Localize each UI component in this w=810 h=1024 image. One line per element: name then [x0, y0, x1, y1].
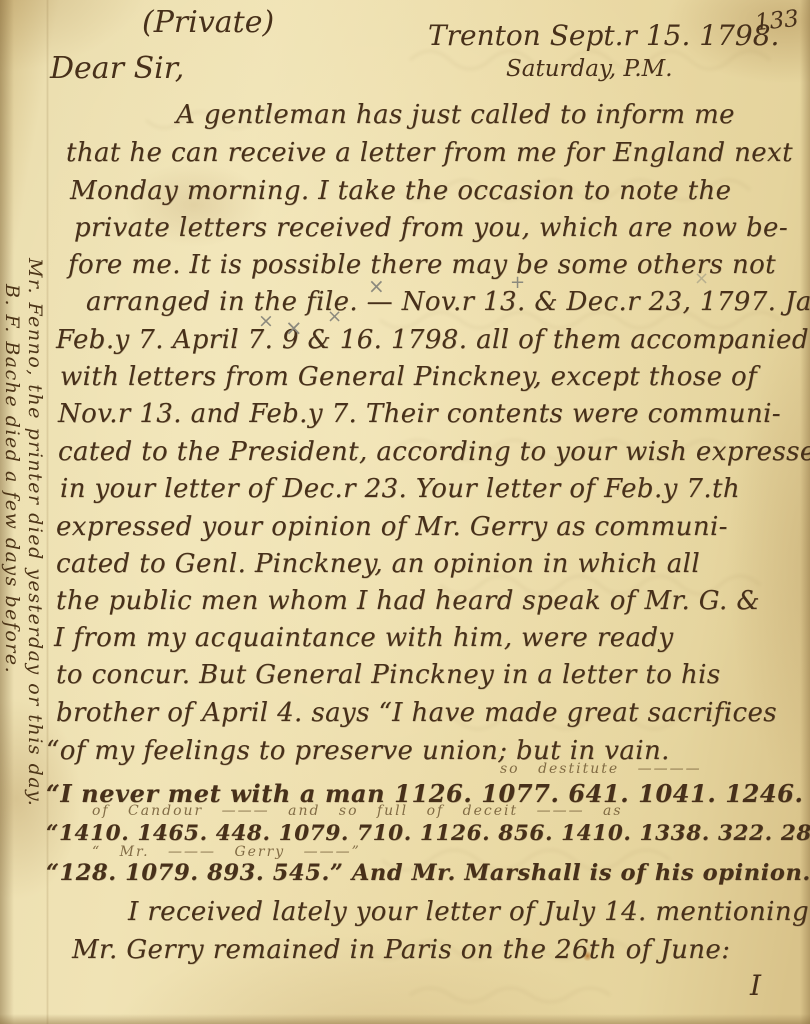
letter-line: cated to the President, according to you… — [58, 439, 810, 465]
letter-line: fore me. It is possible there may be som… — [68, 252, 776, 278]
letter-line: arranged in the file. — Nov.r 13. & Dec.… — [86, 289, 810, 315]
letter-line: Feb.y 7. April 7. 9 & 16. 1798. all of t… — [56, 327, 809, 353]
letter-line: I received lately your letter of July 14… — [128, 899, 810, 925]
pencil-x-mark: × — [327, 308, 342, 326]
pencil-x-mark: × — [258, 312, 274, 331]
pencil-x-mark: × — [285, 318, 303, 339]
private-label: (Private) — [142, 8, 274, 38]
letter-line-cipher: “128. 1079. 893. 545.” And Mr. Marshall … — [46, 862, 810, 885]
pencil-x-mark: × — [368, 276, 385, 296]
letter-line: brother of April 4. says “I have made gr… — [56, 700, 777, 726]
letter-line: A gentleman has just called to inform me — [176, 102, 735, 128]
letter-line: the public men whom I had heard speak of… — [56, 588, 760, 614]
letter-line: expressed your opinion of Mr. Gerry as c… — [56, 514, 728, 540]
letter-line: Monday morning. I take the occasion to n… — [70, 178, 731, 204]
dateline-day-time: Saturday, P.M. — [506, 58, 673, 81]
manuscript-letter-page: (Private) 133 Trenton Sept.r 15. 1798. S… — [0, 0, 810, 1024]
letter-line: cated to Genl. Pinckney, an opinion in w… — [56, 551, 700, 577]
pencil-x-mark: × — [694, 270, 709, 288]
paper-bottom-edge-shading — [0, 1014, 810, 1024]
salutation: Dear Sir, — [50, 54, 184, 84]
pencil-plus-mark: + — [510, 274, 525, 292]
margin-note-bache: B. F. Bache died a few days before. — [1, 284, 22, 674]
letter-line: Nov.r 13. and Feb.y 7. Their contents we… — [58, 401, 781, 427]
letter-line: private letters received from you, which… — [74, 215, 788, 241]
cipher-decode-annotation: “ Mr. ——— Gerry ———” — [92, 845, 361, 859]
letter-line: that he can receive a letter from me for… — [66, 140, 793, 166]
dateline-place-date: Trenton Sept.r 15. 1798. — [428, 22, 779, 50]
letter-line: I from my acquaintance with him, were re… — [54, 625, 674, 651]
letter-line: in your letter of Dec.r 23. Your letter … — [60, 476, 740, 502]
catchword: I — [750, 972, 761, 1000]
cipher-decode-annotation: of Candour ——— and so full of deceit ———… — [92, 804, 623, 818]
letter-line: Mr. Gerry remained in Paris on the 26th … — [72, 937, 730, 963]
letter-line: to concur. But General Pinckney in a let… — [56, 662, 721, 688]
margin-note-fenno: Mr. Fenno, the printer died yesterday or… — [24, 258, 45, 807]
letter-line-cipher: “1410. 1465. 448. 1079. 710. 1126. 856. … — [46, 823, 810, 845]
letter-line: with letters from General Pinckney, exce… — [60, 364, 757, 390]
cipher-decode-annotation: so destitute ———— — [500, 762, 702, 776]
